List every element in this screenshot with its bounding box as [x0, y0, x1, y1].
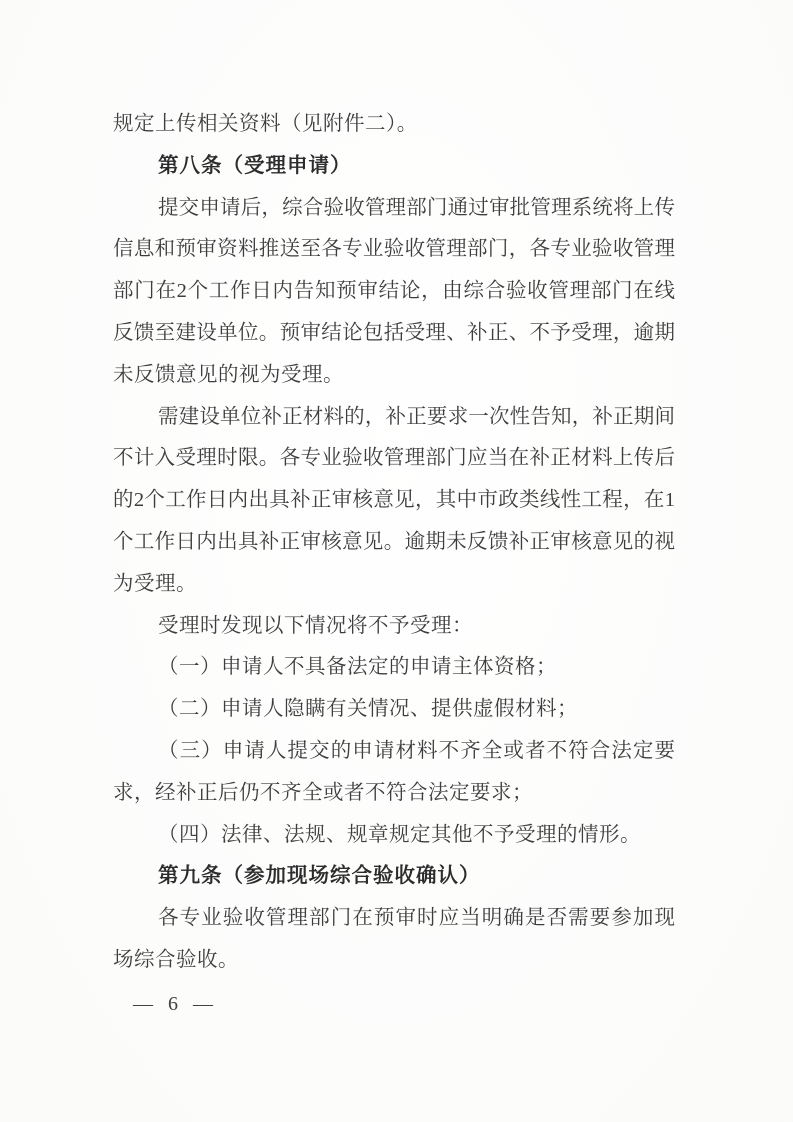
document-body: 规定上传相关资料（见附件二）。 第八条（受理申请） 提交申请后，综合验收管理部门… — [113, 104, 675, 982]
body-line: 各专业验收管理部门在预审时应当明确是否需要参加现 — [113, 898, 675, 940]
body-line: 的2个工作日内出具补正审核意见，其中市政类线性工程，在1 — [113, 480, 675, 522]
list-item-4: （四）法律、法规、规章规定其他不予受理的情形。 — [113, 815, 675, 857]
body-line: 求，经补正后仍不齐全或者不符合法定要求； — [113, 773, 675, 815]
page-number: — 6 — — [133, 983, 218, 1025]
heading-article-9: 第九条（参加现场综合验收确认） — [113, 856, 675, 898]
list-item-2: （二）申请人隐瞒有关情况、提供虚假材料； — [113, 689, 675, 731]
body-line: 未反馈意见的视为受理。 — [113, 355, 675, 397]
body-line: 为受理。 — [113, 564, 675, 606]
body-line: 场综合验收。 — [113, 940, 675, 982]
body-line: 部门在2个工作日内告知预审结论，由综合验收管理部门在线 — [113, 271, 675, 313]
body-line: 受理时发现以下情况将不予受理： — [113, 606, 675, 648]
heading-article-8: 第八条（受理申请） — [113, 146, 675, 188]
document-page: 规定上传相关资料（见附件二）。 第八条（受理申请） 提交申请后，综合验收管理部门… — [0, 0, 793, 1122]
body-line: 个工作日内出具补正审核意见。逾期未反馈补正审核意见的视 — [113, 522, 675, 564]
body-line: 反馈至建设单位。预审结论包括受理、补正、不予受理，逾期 — [113, 313, 675, 355]
body-line: 信息和预审资料推送至各专业验收管理部门，各专业验收管理 — [113, 229, 675, 271]
body-line: 规定上传相关资料（见附件二）。 — [113, 104, 675, 146]
body-line: 不计入受理时限。各专业验收管理部门应当在补正材料上传后 — [113, 438, 675, 480]
body-line: 提交申请后，综合验收管理部门通过审批管理系统将上传 — [113, 188, 675, 230]
body-line: 需建设单位补正材料的，补正要求一次性告知，补正期间 — [113, 397, 675, 439]
list-item-3: （三）申请人提交的申请材料不齐全或者不符合法定要 — [113, 731, 675, 773]
list-item-1: （一）申请人不具备法定的申请主体资格； — [113, 647, 675, 689]
